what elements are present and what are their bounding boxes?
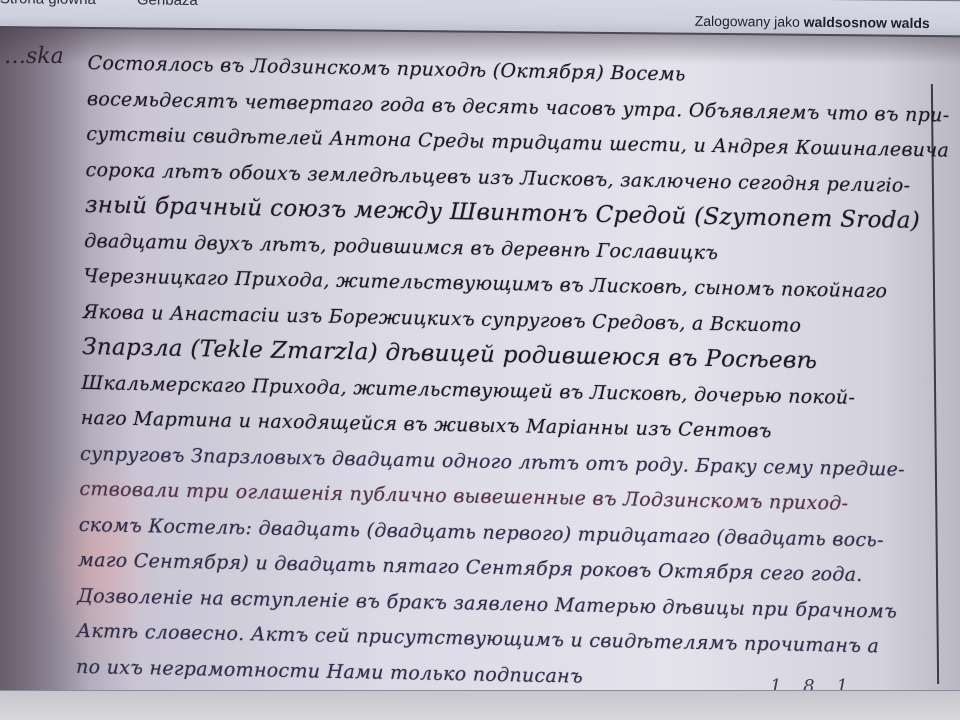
username-link[interactable]: waldsosnow walds bbox=[804, 14, 930, 31]
login-prefix: Zalogowany jako bbox=[695, 13, 800, 30]
login-status: Zalogowany jako waldsosnow walds bbox=[695, 13, 930, 31]
nav-home-link[interactable]: Strona główna bbox=[0, 0, 96, 8]
scan-viewer[interactable]: …ska Состоялось въ Лодзинскомъ приходѣ (… bbox=[0, 24, 960, 700]
nav-genbaza-link[interactable]: Genbaza bbox=[137, 0, 198, 9]
margin-note: …ska bbox=[4, 44, 64, 69]
margin-rule bbox=[931, 84, 939, 684]
viewer-bottom-edge bbox=[0, 690, 960, 720]
handwritten-record: Состоялось въ Лодзинскомъ приходѣ (Октяб… bbox=[76, 46, 928, 700]
